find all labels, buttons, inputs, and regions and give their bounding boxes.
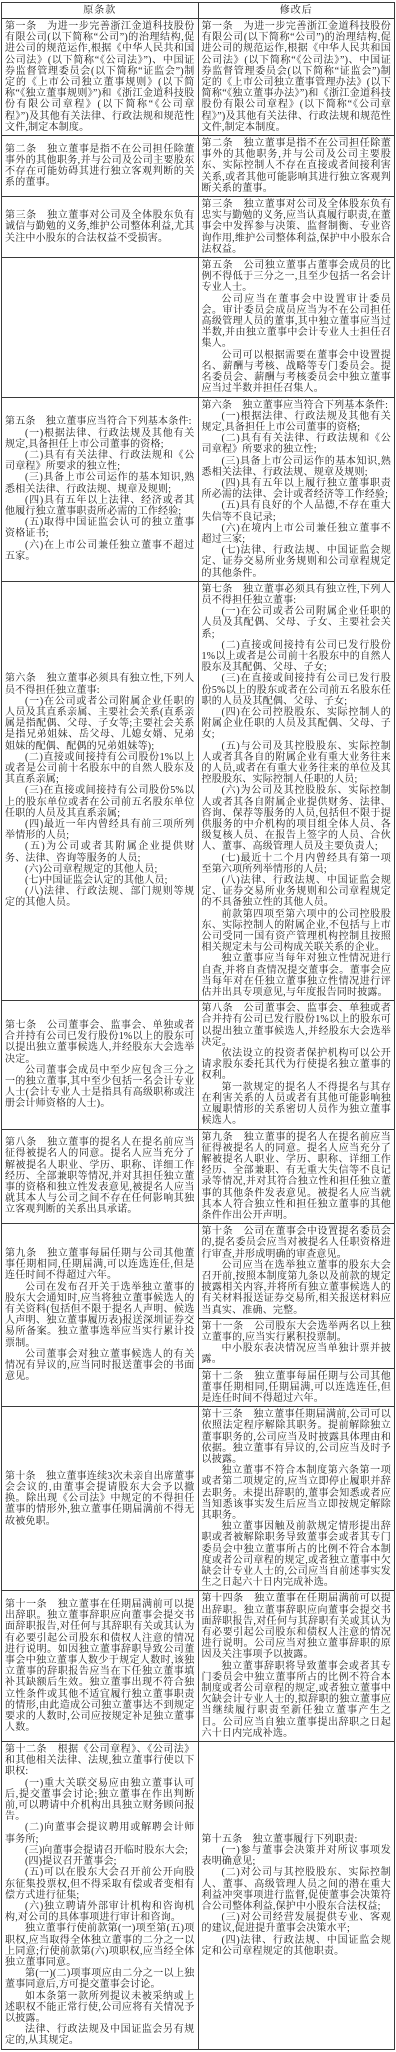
- clause-cell-original-11: 第十二条 根据《公司章程》、《公司法》和其他相关法律、法规,独立董事行使以下职权…: [2, 1742, 199, 2049]
- clause-paragraph: 第七条 独立董事必须具有独立性,下列人员不得担任独立董事:: [202, 584, 392, 606]
- clause-paragraph: 第三条 独立董事对公司及全体股东负有忠实与勤勉的义务,应当认真履行职责,在董事会…: [202, 199, 392, 255]
- clause-row: 第一条 为进一步完善浙江金道科技股份有限公司(以下简称“公司”)的治理结构,促进…: [2, 19, 395, 136]
- clause-paragraph: (六)公司章程规定的其他人员;: [5, 864, 195, 875]
- clause-paragraph: (八)法律、行政法规、中国证监会规定、证券交易所业务规则和公司章程规定的不具备独…: [202, 875, 392, 909]
- clause-row: 第九条 独立董事每届任期与公司其他董事任期相同,任期届满,可以连选连任,但是连任…: [2, 1224, 395, 1319]
- clause-paragraph: (四)法律、行政法规、中国证监会规定和公司章程规定的其他职责。: [202, 1935, 392, 1957]
- clause-cell-revised-8-0: 第十条 公司在董事会中设置提名委员会的,提名委员会应当对被提名人任职资格进行审查…: [198, 1224, 395, 1319]
- clause-paragraph: 第五条 独立董事应当符合下列基本条件:: [5, 416, 195, 427]
- clause-paragraph: 第七条 公司董事会、监事会、单独或者合并持有公司已发行股份1%以上的股东可以提出…: [5, 1020, 195, 1065]
- clause-paragraph: (四)具有五年以上履行独立董事职责所必需的法律、会计或者经济等工作经验;: [202, 478, 392, 500]
- clause-paragraph: 公司应当在董事会中设置审计委员会。审计委员会成员应当为不在公司担任高级管理人员的…: [202, 294, 392, 350]
- clause-paragraph: 第十三条 独立董事任期届满前,公司可以依照法定程序解除其职务。提前解除独立董事职…: [202, 1409, 392, 1465]
- clause-paragraph: (七)中国证监会认定的其他人员;: [5, 875, 195, 886]
- clause-cell-revised-10: 第十四条 独立董事在任期届满前可以提出辞职。独立董事辞职应向董事会提交书面辞职报…: [198, 1591, 395, 1742]
- clause-paragraph: 依法设立的投资者保护机构可以公开请求股东委托其代为行使提名独立董事的权利。: [202, 1048, 392, 1082]
- clause-paragraph: (七)法律、行政法规、中国证监会规定、证券交易所业务规则和公司章程规定的其他条件…: [202, 545, 392, 579]
- comparison-table: 原条款 修改后 第一条 为进一步完善浙江金道科技股份有限公司(以下简称“公司”)…: [1, 2, 395, 2050]
- clause-paragraph: 公司董事会成员中至少应包含三分之一的独立董事,其中至少包括一名会计专业人士(会计…: [5, 1065, 195, 1110]
- clause-paragraph: 第十二条 独立董事每届任期与公司其他董事任期相同,任期届满,可以连选连任,但是连…: [202, 1371, 392, 1405]
- clause-paragraph: (二)向董事会提议聘用或解聘会计师事务所;: [5, 1822, 195, 1844]
- clause-paragraph: 独立董事不符合本制度第六条第一项或者第二项规定的,应当立即停止履职并辞去职务。未…: [202, 1465, 392, 1521]
- clause-paragraph: 第一条 为进一步完善浙江金道科技股份有限公司(以下简称“公司”)的治理结构,促进…: [5, 21, 195, 133]
- document-page: 原条款 修改后 第一条 为进一步完善浙江金道科技股份有限公司(以下简称“公司”)…: [0, 0, 396, 2052]
- clause-paragraph: (三)对公司经营发展提供专业、客观的建议,促进提升董事会决策水平;: [202, 1912, 392, 1934]
- clause-paragraph: 第十五条 独立董事履行下列职责:: [202, 1834, 392, 1845]
- clause-row: 第六条 独立董事必须具有独立性,下列人员不得担任独立董事:(一)在公司或者公司附…: [2, 581, 395, 1001]
- clause-paragraph: (三)具备上市公司运作的基本知识,熟悉相关法律、行政法规、规章及规则;: [202, 456, 392, 478]
- clause-paragraph: (二)对公司与其控股股东、实际控制人、董事、高级管理人员之间的潜在重大利益冲突事…: [202, 1867, 392, 1912]
- clause-paragraph: 第十条 公司在董事会中设置提名委员会的,提名委员会应当对被提名人任职资格进行审查…: [202, 1226, 392, 1260]
- clause-row: 第二条 独立董事是指不在公司担任除董事外的其他职务,并与公司及公司主要股东不存在…: [2, 136, 395, 197]
- clause-paragraph: (七)最近十二个月内曾经具有第一项至第六项所列举情形的人员;: [202, 853, 392, 875]
- clause-paragraph: 第一款规定的提名人不得提名与其存在利害关系的人员或者有其他可能影响独立履职情形的…: [202, 1082, 392, 1127]
- clause-cell-revised-1: 第二条 独立董事是指不在公司担任除董事外的其他职务,并与公司及公司主要股东、实际…: [198, 136, 395, 197]
- clause-paragraph: 独立董事行使前款第(一)项至第(五)项职权,应当取得全体独立董事的二分之一以上同…: [5, 1923, 195, 1968]
- clause-paragraph: 第十四条 独立董事在任期届满前可以提出辞职。独立董事辞职应向董事会提交书面辞职报…: [202, 1593, 392, 1660]
- clause-cell-revised-5: 第七条 独立董事必须具有独立性,下列人员不得担任独立董事:(一)在公司或者公司附…: [198, 581, 395, 1001]
- clause-cell-revised-11: 第十五条 独立董事履行下列职责:(一)参与董事会决策并对所议事项发表明确意见;(…: [198, 1742, 395, 2049]
- clause-cell-original-9: 第十条 独立董事连续3次未亲自出席董事会会议的,由董事会提请股东大会予以撤换。除…: [2, 1407, 199, 1591]
- clause-cell-original-6: 第七条 公司董事会、监事会、单独或者合并持有公司已发行股份1%以上的股东可以提出…: [2, 1001, 199, 1129]
- clause-paragraph: 第十条 独立董事连续3次未亲自出席董事会会议的,由董事会提请股东大会予以撤换。除…: [5, 1471, 195, 1527]
- clause-paragraph: 第一条 为进一步完善浙江金道科技股份有限公司(以下简称“公司”)的治理结构,促进…: [202, 21, 392, 133]
- clause-paragraph: 公司在发布召开关于选举独立董事的股东大会通知时,应当将独立董事候选人的有关资料(…: [5, 1282, 195, 1349]
- clause-paragraph: 第(一)(二)项事项应由二分之一以上独董事同意后,方可提交董事会讨论。: [5, 1968, 195, 1990]
- clause-paragraph: 第五条 公司独立董事占董事会成员的比例不得低于三分之一,且至少包括一名会计专业人…: [202, 260, 392, 294]
- clause-cell-revised-7: 第九条 独立董事的提名人在提名前应当征得被提名人的同意。提名人应当充分了解被提名…: [198, 1129, 395, 1224]
- clause-cell-original-3: [2, 258, 199, 397]
- clause-paragraph: 第十二条 根据《公司章程》、《公司法》和其他相关法律、法规,独立董事行使以下职权…: [5, 1744, 195, 1778]
- clause-row: 第七条 公司董事会、监事会、单独或者合并持有公司已发行股份1%以上的股东可以提出…: [2, 1001, 395, 1129]
- clause-paragraph: 中小股东表决情况应当单独计票并披露。: [202, 1343, 392, 1365]
- clause-paragraph: 前款第四项至第六项中的公司控股股东、实际控制人的附属企业,不包括与上市公司受同一…: [202, 909, 392, 954]
- clause-row: 第八条 独立董事的提名人在提名前应当征得被提名人的同意。提名人应当充分了解被提名…: [2, 1129, 395, 1224]
- clause-paragraph: 公司可以根据需要在董事会中设置提名、薪酬与考核、战略等专门委员会。提名委员会、薪…: [202, 350, 392, 395]
- comparison-table-body: 第一条 为进一步完善浙江金道科技股份有限公司(以下简称“公司”)的治理结构,促进…: [2, 19, 395, 2050]
- clause-cell-revised-2: 第三条 独立董事对公司及全体股东负有忠实与勤勉的义务,应当认真履行职责,在董事会…: [198, 197, 395, 258]
- clause-row: 第五条 独立董事应当符合下列基本条件:(一)根据法律、行政法规及其他有关规定,具…: [2, 397, 395, 581]
- clause-paragraph: 独立董事因触及前款规定情形提出辞职或者被解除职务导致董事会或者其专门委员会中独立…: [202, 1521, 392, 1588]
- clause-paragraph: 第九条 独立董事的提名人在提名前应当征得被提名人的同意。提名人应当充分了解被提名…: [202, 1132, 392, 1222]
- clause-paragraph: (三)向董事会提请召开临时股东大会;: [5, 1845, 195, 1856]
- clause-cell-revised-8-2: 第十二条 独立董事每届任期与公司其他董事任期相同,任期届满,可以连选连任,但是连…: [198, 1368, 395, 1407]
- clause-cell-original-10: 第十一条 独立董事在任期届满前可以提出辞职。独立董事辞职应向董事会提交书面辞职报…: [2, 1591, 199, 1742]
- clause-paragraph: (五)为公司或者其附属企业提供财务、法律、咨询等服务的人员;: [5, 841, 195, 863]
- clause-paragraph: (五)具有良好的个人品德,不存在重大失信等不良记录;: [202, 500, 392, 522]
- clause-paragraph: 独立董事辞职将导致董事会或者其专门委员会中独立董事所占的比例不符合本制度或者公司…: [202, 1661, 392, 1739]
- clause-paragraph: 第六条 独立董事必须具有独立性,下列人员不得担任独立董事:: [5, 673, 195, 695]
- clause-paragraph: (四)提议召开董事会;: [5, 1856, 195, 1867]
- clause-paragraph: (三)具备上市公司运作的基本知识,熟悉相关法律、行政法规、规章及规则;: [5, 472, 195, 494]
- clause-paragraph: (五)取得中国证监会认可的独立董事资格证书;: [5, 517, 195, 539]
- clause-paragraph: (一)在公司或者公司附属企业任职的人员及其配偶、父母、子女、主要社会关系;: [202, 606, 392, 640]
- clause-paragraph: 法律、行政法规及中国证监会另有规定的,从其规定。: [5, 2024, 195, 2046]
- clause-paragraph: 如本条第一款所列提议未被采纳或上述职权不能正常行使,公司应将有关情况予以披露。: [5, 1991, 195, 2025]
- clause-paragraph: 第二条 独立董事是指不在公司担任除董事外的其他职务,并与公司及公司主要股东、实际…: [202, 138, 392, 194]
- clause-paragraph: (一)在公司或者公司附属企业任职的人员及其直系亲属、主要社会关系(直系亲属是指配…: [5, 696, 195, 752]
- clause-row: 第三条 独立董事对公司及全体股东负有诚信与勤勉的义务,维护公司整体利益,尤其关注…: [2, 197, 395, 258]
- clause-cell-revised-0: 第一条 为进一步完善浙江金道科技股份有限公司(以下简称“公司”)的治理结构,促进…: [198, 19, 395, 136]
- clause-paragraph: (二)直接或间接持有公司已发行股份1%以上或者是公司前十名股东中的自然人股东及其…: [202, 640, 392, 674]
- clause-paragraph: (一)参与董事会决策并对所议事项发表明确意见;: [202, 1845, 392, 1867]
- clause-paragraph: (八)法律、行政法规、部门规则等规定的其他人员。: [5, 886, 195, 908]
- clause-paragraph: (六)在上市公司兼任独立董事不超过五家。: [5, 540, 195, 562]
- clause-paragraph: (一)根据法律、行政法规及其他有关规定,具备担任上市公司董事的资格;: [5, 428, 195, 450]
- clause-paragraph: 第六条 独立董事应当符合下列基本条件:: [202, 400, 392, 411]
- clause-row: 第十二条 根据《公司章程》、《公司法》和其他相关法律、法规,独立董事行使以下职权…: [2, 1742, 395, 2049]
- clause-paragraph: (一)重大关联交易应由独立董事认可后,提交董事会讨论;独立董事在作出判断前,可以…: [5, 1778, 195, 1823]
- comparison-table-head: 原条款 修改后: [2, 3, 395, 19]
- clause-cell-original-4: 第五条 独立董事应当符合下列基本条件:(一)根据法律、行政法规及其他有关规定,具…: [2, 397, 199, 581]
- clause-paragraph: (四)在公司控股股东、实际控制人的附属企业任职的人员及其配偶、父母、子女;: [202, 707, 392, 741]
- clause-paragraph: (六)在境内上市公司兼任独立董事不超过三家;: [202, 523, 392, 545]
- clause-row: 第十条 独立董事连续3次未亲自出席董事会会议的,由董事会提请股东大会予以撤换。除…: [2, 1407, 395, 1591]
- clause-cell-revised-9: 第十三条 独立董事任期届满前,公司可以依照法定程序解除其职务。提前解除独立董事职…: [198, 1407, 395, 1591]
- clause-row: 第十一条 独立董事在任期届满前可以提出辞职。独立董事辞职应向董事会提交书面辞职报…: [2, 1591, 395, 1742]
- clause-cell-revised-4: 第六条 独立董事应当符合下列基本条件:(一)根据法律、行政法规及其他有关规定,具…: [198, 397, 395, 581]
- clause-paragraph: 第三条 独立董事对公司及全体股东负有诚信与勤勉的义务,维护公司整体利益,尤其关注…: [5, 210, 195, 244]
- clause-paragraph: (三)在直接或间接持有公司股份5%以上的股东单位或者在公司前五名股东单位任职的人…: [5, 785, 195, 819]
- clause-cell-original-8: 第九条 独立董事每届任期与公司其他董事任期相同,任期届满,可以连选连任,但是连任…: [2, 1224, 199, 1407]
- clause-paragraph: 公司应当在选举独立董事的股东大会召开前,按照本制度第九条以及前款的规定披露相关内…: [202, 1260, 392, 1316]
- clause-paragraph: (一)根据法律、行政法规及其他有关规定,具备担任上市公司董事的资格;: [202, 411, 392, 433]
- clause-paragraph: (五)与公司及其控股股东、实际控制人或者其各自的附属企业有重大业务往来的人员,或…: [202, 741, 392, 786]
- clause-paragraph: (五)可以在股东大会召开前公开向股东征集投票权,但不得采取有偿或者变相有偿方式进…: [5, 1867, 195, 1901]
- clause-paragraph: (二)具有有关法律、行政法规和《公司章程》所要求的独立性;: [5, 450, 195, 472]
- clause-cell-revised-8-1: 第十一条 公司股东大会选举两名以上独立董事的,应当实行累积投票制。中小股东表决情…: [198, 1318, 395, 1368]
- clause-cell-original-7: 第八条 独立董事的提名人在提名前应当征得被提名人的同意。提名人应当充分了解被提名…: [2, 1129, 199, 1224]
- clause-paragraph: 第九条 独立董事每届任期与公司其他董事任期相同,任期届满,可以连选连任,但是连任…: [5, 1248, 195, 1282]
- clause-cell-revised-6: 第八条 公司董事会、监事会、单独或者合并持有公司已发行股份1%以上的股东可以提出…: [198, 1001, 395, 1129]
- clause-cell-original-5: 第六条 独立董事必须具有独立性,下列人员不得担任独立董事:(一)在公司或者公司附…: [2, 581, 199, 1001]
- clause-paragraph: 第十一条 公司股东大会选举两名以上独立董事的,应当实行累积投票制。: [202, 1321, 392, 1343]
- clause-paragraph: 第十一条 独立董事在任期届满前可以提出辞职。独立董事辞职应向董事会提交书面辞职报…: [5, 1599, 195, 1733]
- clause-paragraph: 独立董事应当每年对独立性情况进行自查,并将自查情况提交董事会。董事会应当每年对在…: [202, 953, 392, 998]
- column-header-original: 原条款: [2, 3, 199, 19]
- clause-cell-original-0: 第一条 为进一步完善浙江金道科技股份有限公司(以下简称“公司”)的治理结构,促进…: [2, 19, 199, 136]
- clause-paragraph: (四)具有五年以上法律、经济或者其他履行独立董事职责所必需的工作经验;: [5, 495, 195, 517]
- clause-paragraph: (四)最近一年内曾经具有前三项所列举情形的人员;: [5, 819, 195, 841]
- clause-paragraph: (二)直接或间接持有公司股份1%以上或者是公司前十名股东中的自然人股东及其直系亲…: [5, 752, 195, 786]
- clause-paragraph: (二)具有有关法律、行政法规和《公司章程》所要求的独立性;: [202, 433, 392, 455]
- clause-paragraph: 第八条 独立董事的提名人在提名前应当征得被提名人的同意。提名人应当充分了解被提名…: [5, 1137, 195, 1215]
- clause-cell-revised-3: 第五条 公司独立董事占董事会成员的比例不得低于三分之一,且至少包括一名会计专业人…: [198, 258, 395, 397]
- clause-paragraph: 公司董事会对独立董事候选人的有关情况有异议的,应当同时报送董事会的书面意见。: [5, 1349, 195, 1383]
- clause-paragraph: (三)在直接或间接持有公司已发行股份5%以上的股东或者在公司前五名股东任职的人员…: [202, 673, 392, 707]
- header-row: 原条款 修改后: [2, 3, 395, 19]
- clause-paragraph: 第八条 公司董事会、监事会、单独或者合并持有公司已发行股份1%以上的股东可以提出…: [202, 1003, 392, 1048]
- clause-paragraph: (六)为公司及其控股股东、实际控制人或者其各自附属企业提供财务、法律、咨询、保荐…: [202, 785, 392, 852]
- column-header-revised: 修改后: [198, 3, 395, 19]
- clause-cell-original-1: 第二条 独立董事是指不在公司担任除董事外的其他职务,并与公司及公司主要股东不存在…: [2, 136, 199, 197]
- clause-cell-original-2: 第三条 独立董事对公司及全体股东负有诚信与勤勉的义务,维护公司整体利益,尤其关注…: [2, 197, 199, 258]
- clause-paragraph: (六)独立聘请外部审计机构和咨询机构,对公司的具体事项进行审计和咨询。: [5, 1901, 195, 1923]
- clause-paragraph: 第二条 独立董事是指不在公司担任除董事外的其他职务,并与公司及公司主要股东不存在…: [5, 144, 195, 189]
- clause-row: 第五条 公司独立董事占董事会成员的比例不得低于三分之一,且至少包括一名会计专业人…: [2, 258, 395, 397]
